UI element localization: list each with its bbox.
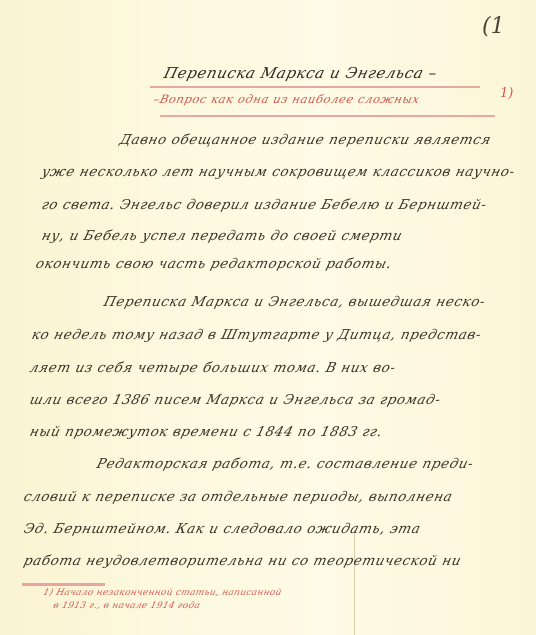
text-line: Редакторская работа, т.е. составление пр… [95,456,475,472]
text-line: уже несколько лет научным сокровищем кла… [40,164,517,180]
text-line: ну, и Бебель успел передать до своей сме… [40,228,404,244]
text-line: ный промежуток времени с 1844 по 1883 гг… [28,424,384,440]
text-line: Давно обещанное издание переписки являет… [118,132,493,148]
subtitle-underline [160,115,495,117]
text-line: го света. Энгельс доверил издание Бебелю… [40,197,489,213]
text-line: окончить свою часть редакторской работы. [34,256,394,272]
text-line: шли всего 1386 писем Маркса и Энгельса з… [28,392,442,408]
text-line: Переписка Маркса и Энгельса, вышедшая не… [102,294,487,310]
text-line: ко недель тому назад в Штутгарте у Дитца… [30,327,483,343]
text-line: Эд. Бернштейном. Как и следовало ожидать… [22,521,422,537]
underline-rabota [22,583,105,586]
text-line: работа неудовлетворительна ни со теорети… [22,553,463,569]
footnote-line-2: в 1913 г., в начале 1914 года [52,601,201,611]
title-underline [150,86,480,88]
page-number: (1 [482,14,505,39]
text-line: словий к переписке за отдельные периоды,… [22,489,454,505]
paper-fold-line [354,530,355,635]
document-subtitle: –Вопрос как одна из наиболее сложных [152,92,421,106]
footnote-reference-mark: 1) [500,86,513,101]
footnote-line-1: 1) Начало незаконченной статьи, написанн… [42,588,283,598]
document-title: Переписка Маркса и Энгельса – [162,64,439,82]
text-line: ляет из себя четыре больших тома. В них … [28,360,398,376]
